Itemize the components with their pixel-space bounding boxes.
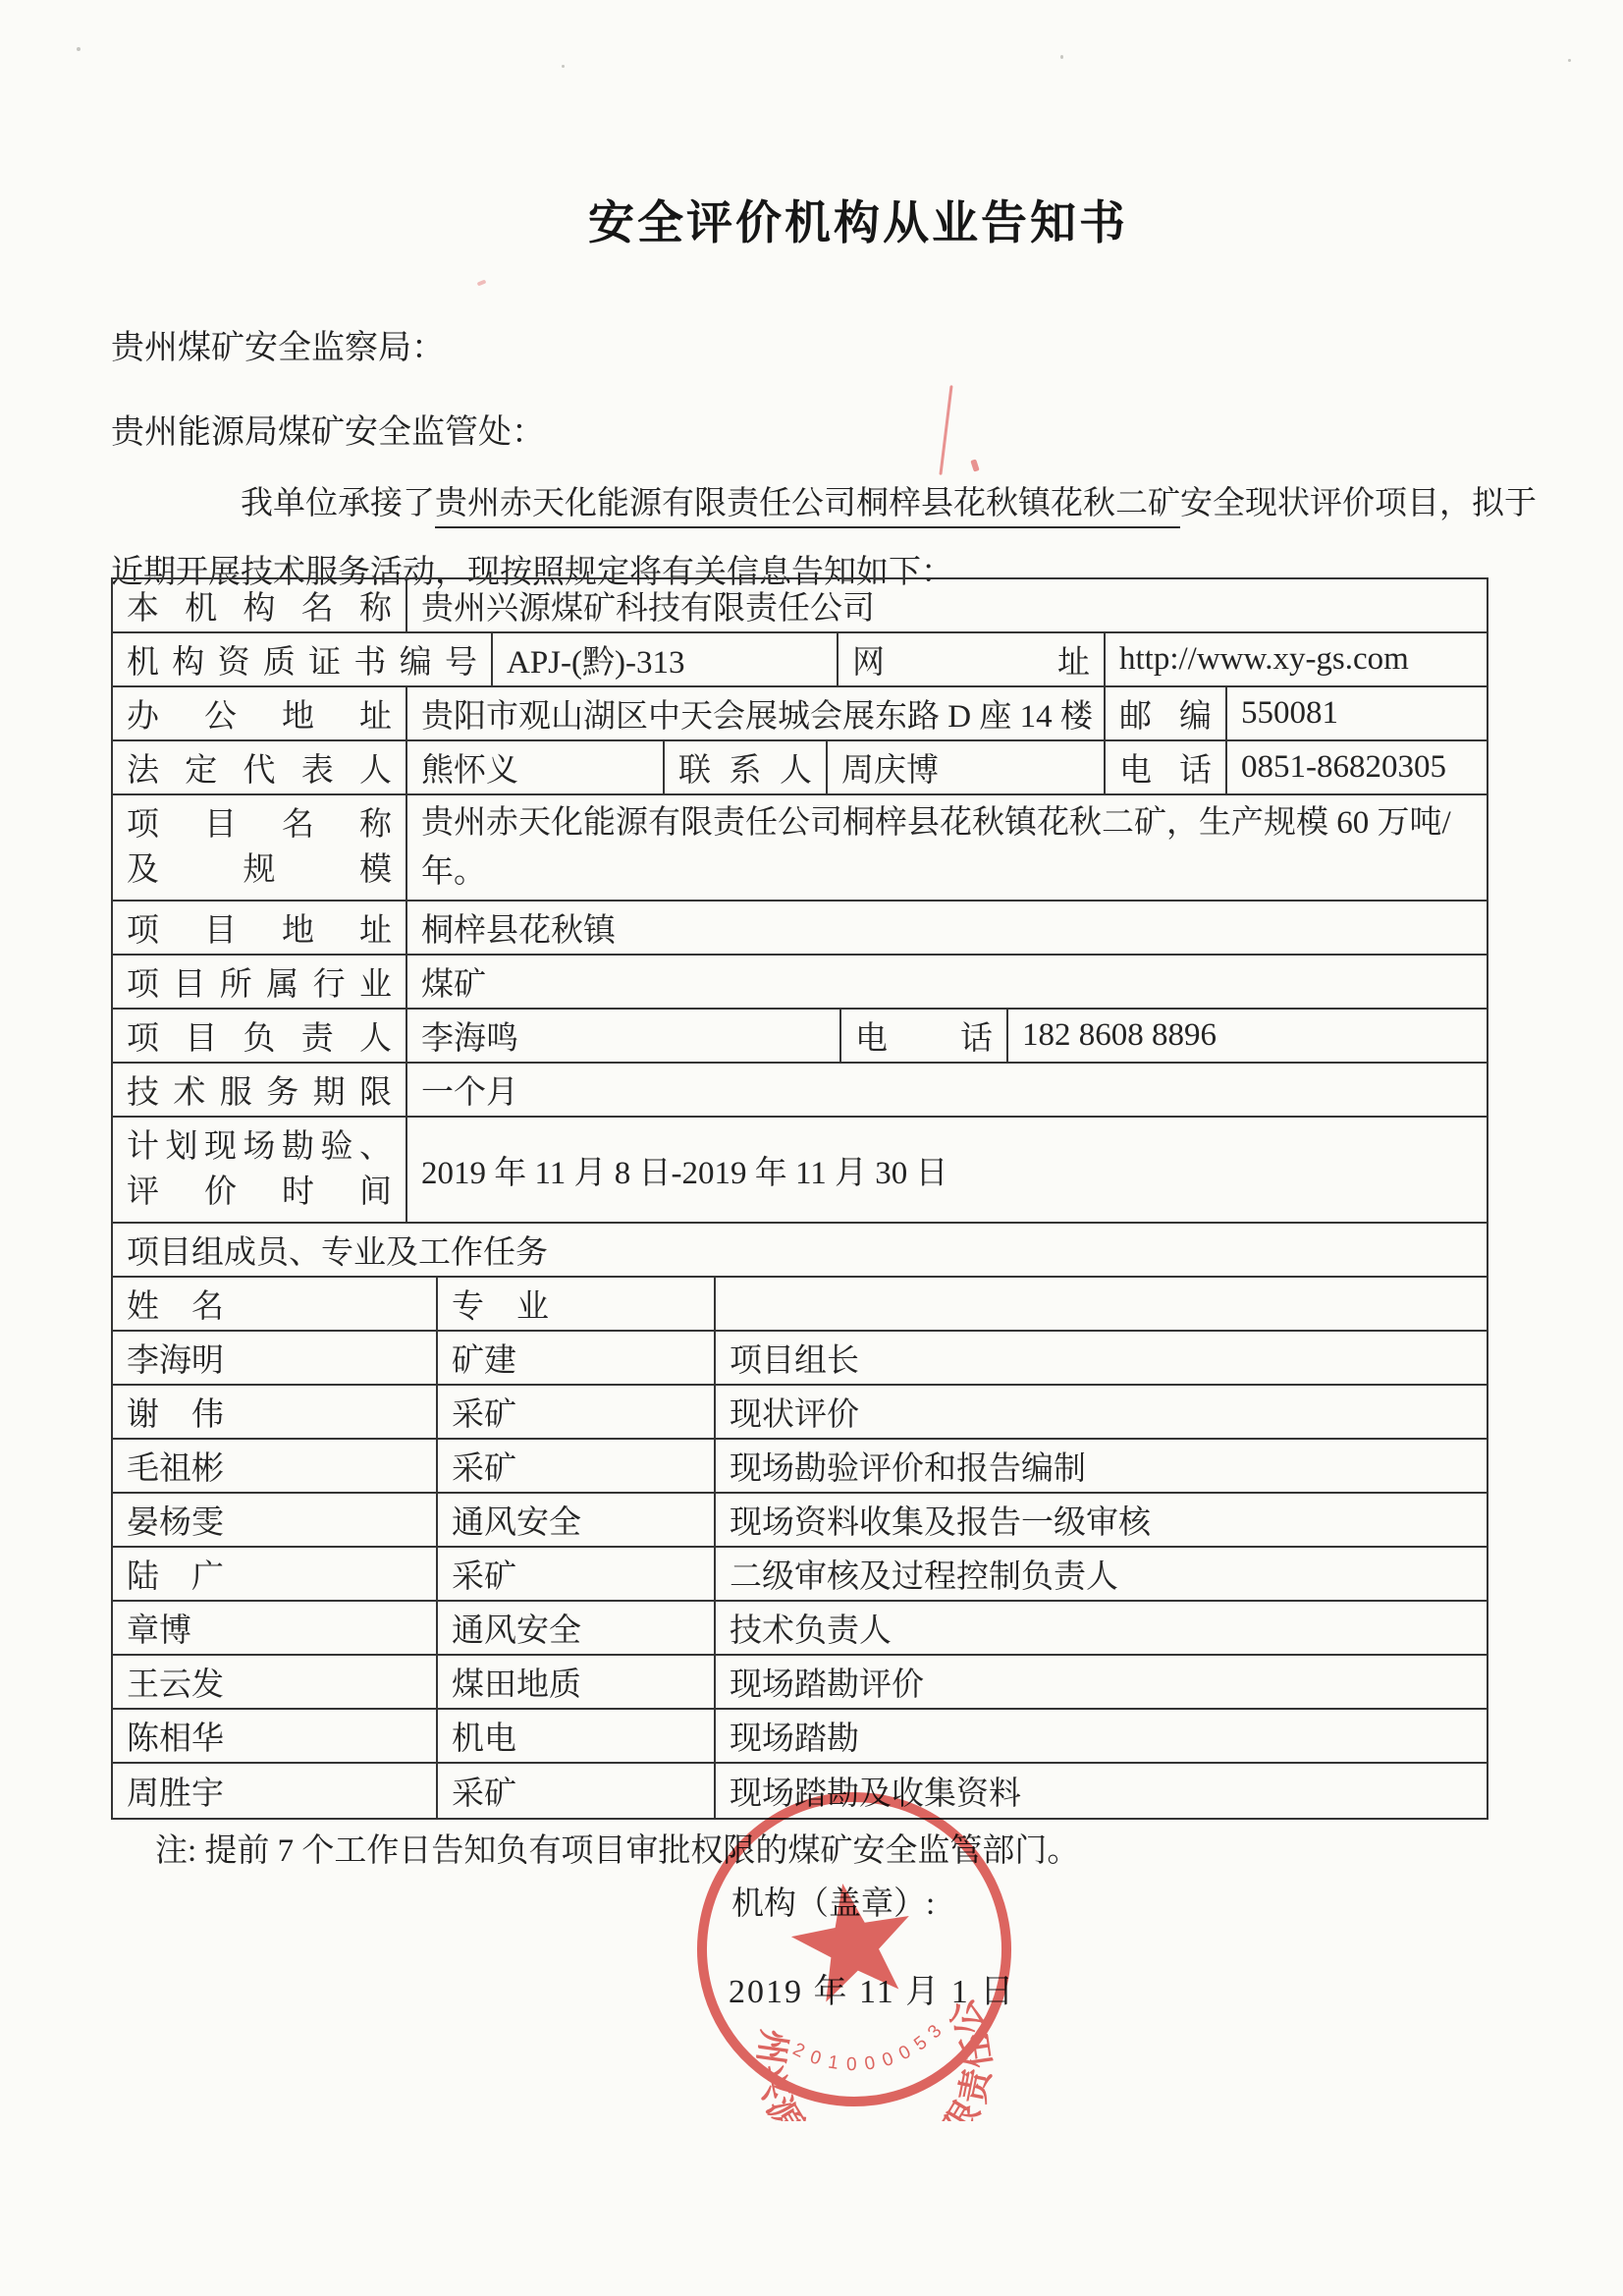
team-row: 周胜宇 采矿 现场踏勘及收集资料 (113, 1764, 1487, 1818)
member-name: 陈相华 (113, 1710, 438, 1762)
seal-caption: 机构（盖章）: (731, 1878, 935, 1924)
team-row: 王云发 煤田地质 现场踏勘评价 (113, 1656, 1487, 1710)
member-name: 晏杨雯 (113, 1494, 438, 1546)
member-task: 项目组长 (716, 1332, 1487, 1384)
team-row: 陈相华 机电 现场踏勘 (113, 1710, 1487, 1764)
label-cell: 计划现场勘验、 评价时间 (113, 1118, 407, 1222)
value-cell: 熊怀义 (407, 741, 665, 793)
table-row-team-columns: 姓 名 专 业 (113, 1278, 1487, 1332)
red-ink-speck (970, 459, 979, 471)
value-cell: 周庆博 (828, 741, 1106, 793)
underlined-project-name: 贵州赤天化能源有限责任公司桐梓县花秋镇花秋二矿 (435, 486, 1180, 528)
member-major: 煤田地质 (438, 1656, 716, 1708)
label-cell: 项目负责人 (113, 1010, 407, 1062)
member-major: 采矿 (438, 1386, 716, 1438)
team-row: 谢 伟 采矿 现状评价 (113, 1386, 1487, 1440)
dust-speck (1060, 55, 1063, 59)
member-task: 现场踏勘 (716, 1710, 1487, 1762)
label-cell: 办公地址 (113, 687, 407, 739)
table-row-project-address: 项目地址 桐梓县花秋镇 (113, 902, 1487, 956)
table-row-office-address: 办公地址 贵阳市观山湖区中天会展城会展东路 D 座 14 楼 邮编 550081 (113, 687, 1487, 741)
table-row-project-leader: 项目负责人 李海鸣 电话 182 8608 8896 (113, 1010, 1487, 1064)
label-cell: 项目地址 (113, 902, 407, 954)
member-task: 现状评价 (716, 1386, 1487, 1438)
member-major: 通风安全 (438, 1494, 716, 1546)
table-row-industry: 项目所属行业 煤矿 (113, 956, 1487, 1010)
member-name: 陆 广 (113, 1548, 438, 1600)
value-cell: 182 8608 8896 (1008, 1010, 1487, 1062)
label-cell: 邮编 (1106, 687, 1227, 739)
note-line: 注: 提前 7 个工作日告知负有项目审批权限的煤矿安全监管部门。 (155, 1825, 1079, 1871)
member-task: 现场踏勘及收集资料 (716, 1764, 1487, 1818)
member-major: 采矿 (438, 1764, 716, 1818)
member-major: 采矿 (438, 1548, 716, 1600)
team-row: 毛祖彬 采矿 现场勘验评价和报告编制 (113, 1440, 1487, 1494)
page-title: 安全评价机构从业告知书 (588, 187, 1128, 252)
issue-date: 2019 年 11 月 1 日 (729, 1964, 1015, 2012)
table-row-survey-time: 计划现场勘验、 评价时间 2019 年 11 月 8 日-2019 年 11 月… (113, 1118, 1487, 1224)
dust-speck (1568, 59, 1571, 62)
label-cell: 项目所属行业 (113, 956, 407, 1008)
table-row-service-period: 技术服务期限 一个月 (113, 1064, 1487, 1118)
value-cell: 550081 (1227, 687, 1487, 739)
column-header-major: 专 业 (438, 1278, 716, 1330)
column-header-name: 姓 名 (113, 1278, 438, 1330)
member-major: 矿建 (438, 1332, 716, 1384)
value-cell: 2019 年 11 月 8 日-2019 年 11 月 30 日 (407, 1118, 1487, 1222)
value-cell: 一个月 (407, 1064, 1487, 1116)
value-cell: 贵州赤天化能源有限责任公司桐梓县花秋镇花秋二矿，生产规模 60 万吨/年。 (407, 795, 1487, 900)
member-task: 现场资料收集及报告一级审核 (716, 1494, 1487, 1546)
label-cell: 法定代表人 (113, 741, 407, 793)
label-cell: 机构资质证书编号 (113, 633, 493, 685)
label-cell: 电话 (1106, 741, 1227, 793)
label-cell: 项目名称 及规模 (113, 795, 407, 900)
recipient-line-1: 贵州煤矿安全监察局： (111, 320, 445, 368)
team-row: 章博 通风安全 技术负责人 (113, 1602, 1487, 1656)
info-table: 本机构名称 贵州兴源煤矿科技有限责任公司 机构资质证书编号 APJ-(黔)-31… (111, 577, 1488, 1820)
column-header-task (716, 1278, 1487, 1330)
intro-lead: 我单位承接了 (241, 486, 435, 521)
value-cell: 贵阳市观山湖区中天会展城会展东路 D 座 14 楼 (407, 687, 1106, 739)
label-cell: 网址 (839, 633, 1106, 685)
red-ink-speck (939, 385, 952, 475)
recipient-line-2: 贵州能源局煤矿安全监管处： (111, 405, 545, 453)
member-task: 技术负责人 (716, 1602, 1487, 1654)
table-row-agency-name: 本机构名称 贵州兴源煤矿科技有限责任公司 (113, 579, 1487, 633)
table-row-project-name-scale: 项目名称 及规模 贵州赤天化能源有限责任公司桐梓县花秋镇花秋二矿，生产规模 60… (113, 795, 1487, 902)
value-cell: 桐梓县花秋镇 (407, 902, 1487, 954)
member-name: 毛祖彬 (113, 1440, 438, 1492)
team-row: 陆 广 采矿 二级审核及过程控制负责人 (113, 1548, 1487, 1602)
member-major: 通风安全 (438, 1602, 716, 1654)
dust-speck (77, 47, 81, 51)
team-row: 李海明 矿建 项目组长 (113, 1332, 1487, 1386)
member-name: 章博 (113, 1602, 438, 1654)
value-cell: 李海鸣 (407, 1010, 841, 1062)
table-row-certificate: 机构资质证书编号 APJ-(黔)-313 网址 http://www.xy-gs… (113, 633, 1487, 687)
value-cell: APJ-(黔)-313 (493, 633, 839, 685)
member-task: 二级审核及过程控制负责人 (716, 1548, 1487, 1600)
member-name: 李海明 (113, 1332, 438, 1384)
red-ink-speck (477, 279, 487, 286)
value-cell: 贵州兴源煤矿科技有限责任公司 (407, 579, 1487, 631)
label-cell: 联系人 (665, 741, 828, 793)
member-major: 机电 (438, 1710, 716, 1762)
team-section-header: 项目组成员、专业及工作任务 (113, 1224, 1487, 1276)
intro-line-1: 我单位承接了贵州赤天化能源有限责任公司桐梓县花秋镇花秋二矿安全现状评价项目，拟于 (241, 477, 1537, 523)
scanned-document-page: { "doc": { "title": "安全评价机构从业告知书", "reci… (0, 0, 1623, 2296)
label-cell: 本机构名称 (113, 579, 407, 631)
member-name: 王云发 (113, 1656, 438, 1708)
value-cell: 0851-86820305 (1227, 741, 1487, 793)
dust-speck (562, 65, 565, 68)
table-row-team-section-header: 项目组成员、专业及工作任务 (113, 1224, 1487, 1278)
member-task: 现场勘验评价和报告编制 (716, 1440, 1487, 1492)
member-name: 谢 伟 (113, 1386, 438, 1438)
label-cell: 电话 (841, 1010, 1008, 1062)
member-task: 现场踏勘评价 (716, 1656, 1487, 1708)
table-row-legal-representative: 法定代表人 熊怀义 联系人 周庆博 电话 0851-86820305 (113, 741, 1487, 795)
value-cell: http://www.xy-gs.com (1106, 633, 1487, 685)
label-cell: 技术服务期限 (113, 1064, 407, 1116)
intro-tail: 安全现状评价项目，拟于 (1180, 486, 1537, 521)
value-cell: 煤矿 (407, 956, 1487, 1008)
team-row: 晏杨雯 通风安全 现场资料收集及报告一级审核 (113, 1494, 1487, 1548)
member-name: 周胜宇 (113, 1764, 438, 1818)
member-major: 采矿 (438, 1440, 716, 1492)
